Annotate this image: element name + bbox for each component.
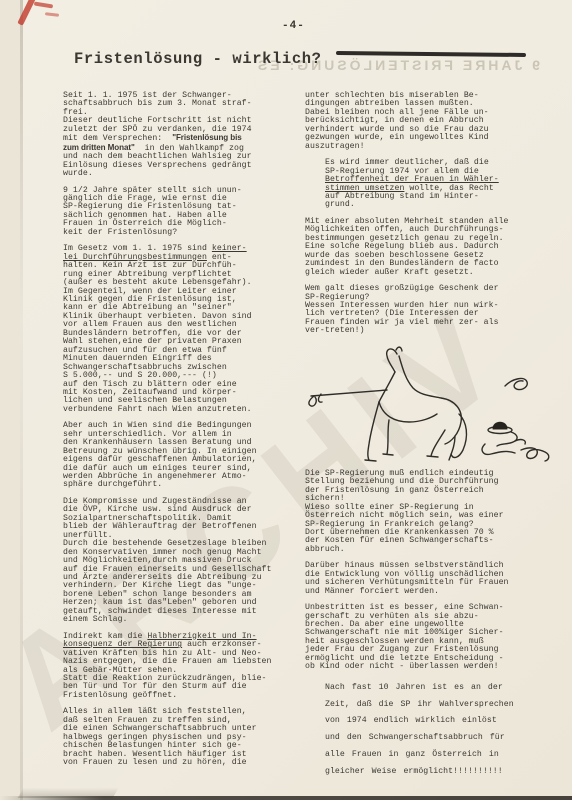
paragraph: 9 1/2 Jahre später stellt sich unun- gän…	[63, 187, 293, 238]
paragraph: Die Kompromisse und Zugeständnisse an di…	[63, 498, 293, 625]
paragraph: Im Gesetz vom 1. 1. 1975 sind keiner- le…	[63, 245, 293, 414]
paragraph: Indirekt kam die Halbherzigkeit und In- …	[63, 633, 293, 701]
page-left-edge-line	[20, 0, 23, 800]
paragraph: Wem galt dieses großzügige Geschenk der …	[305, 285, 555, 336]
paragraph: Unbestritten ist es besser, eine Schwan-…	[305, 604, 555, 672]
title-rule	[336, 51, 526, 56]
paragraph: Es wird immer deutlicher, daß die SP-Reg…	[325, 159, 555, 210]
paragraph: unter schlechten bis miserablen Be- ding…	[305, 92, 555, 151]
left-column: Seit 1. 1. 1975 ist der Schwanger- schaf…	[63, 92, 293, 776]
article-title: Fristenlösung - wirklich?	[74, 50, 322, 68]
paragraph: Die SP-Regierung muß endlich eindeutig S…	[305, 470, 555, 555]
right-column: unter schlechten bis miserablen Be- ding…	[305, 92, 555, 789]
page-number: -4-	[282, 20, 305, 32]
paragraph: Darüber hinaus müssen selbstverständlich…	[305, 562, 555, 596]
paragraph: Nach fast 10 Jahren ist es an der Zeit, …	[325, 680, 555, 781]
page-bottom-edge	[0, 796, 572, 800]
red-ink-mark	[34, 2, 53, 9]
page-left-margin	[0, 0, 20, 800]
paragraph: Mit einer absoluten Mehrheit standen all…	[305, 218, 555, 277]
red-ink-mark	[45, 12, 59, 17]
scanned-page: ARCHIV 9 JAHRE FRISTENLÖSUNG: ES -4- Fri…	[0, 0, 572, 800]
paragraph: Alles in allem läßt sich feststellen, da…	[63, 708, 293, 767]
bucking-horse-illustration	[307, 344, 557, 466]
paragraph: Seit 1. 1. 1975 ist der Schwanger- schaf…	[63, 92, 293, 179]
paragraph: Aber auch in Wien sind die Bedingungen s…	[63, 422, 293, 490]
